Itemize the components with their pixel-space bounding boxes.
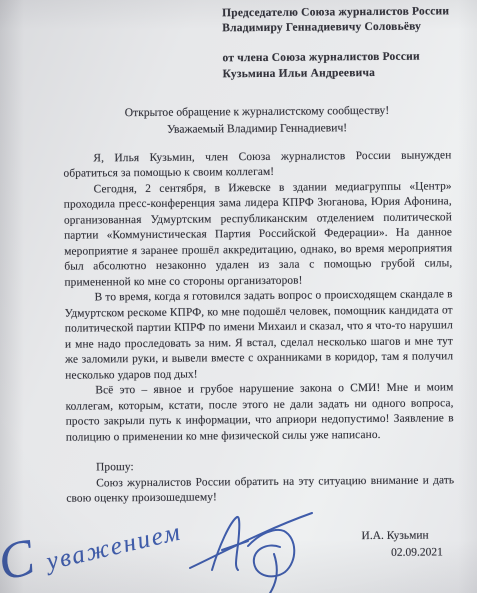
body-paragraph: Всё это – явное и грубое нарушение закон… (65, 381, 454, 446)
body-paragraph: В то время, когда я готовился задать воп… (65, 288, 454, 384)
title-block: Открытое обращение к журналистскому сооб… (63, 101, 451, 138)
signature-autograph-icon (186, 504, 318, 593)
sender-group: от члена Союза журналистов России Кузьми… (222, 50, 450, 82)
body-paragraph: Я, Илья Кузьмин, член Союза журналистов … (63, 148, 451, 182)
document-photo: Председателю Союза журналистов России Вл… (0, 0, 477, 593)
sender-from-title: от члена Союза журналистов России (222, 50, 450, 67)
request-paragraph: Союз журналистов России обратить на эту … (66, 473, 454, 507)
body-paragraph: Сегодня, 2 сентября, в Ижевске в здании … (64, 179, 453, 291)
sender-from-name: Кузьмина Ильи Андреевича (223, 65, 451, 82)
salutation: Уважаемый Владимир Геннадиевич! (63, 118, 451, 138)
letter-content: Председателю Союза журналистов России Вл… (62, 0, 455, 564)
recipient-block: Председателю Союза журналистов России Вл… (222, 4, 451, 82)
recipient-to-name: Владимиру Геннадиевичу Соловьёву (222, 20, 450, 37)
